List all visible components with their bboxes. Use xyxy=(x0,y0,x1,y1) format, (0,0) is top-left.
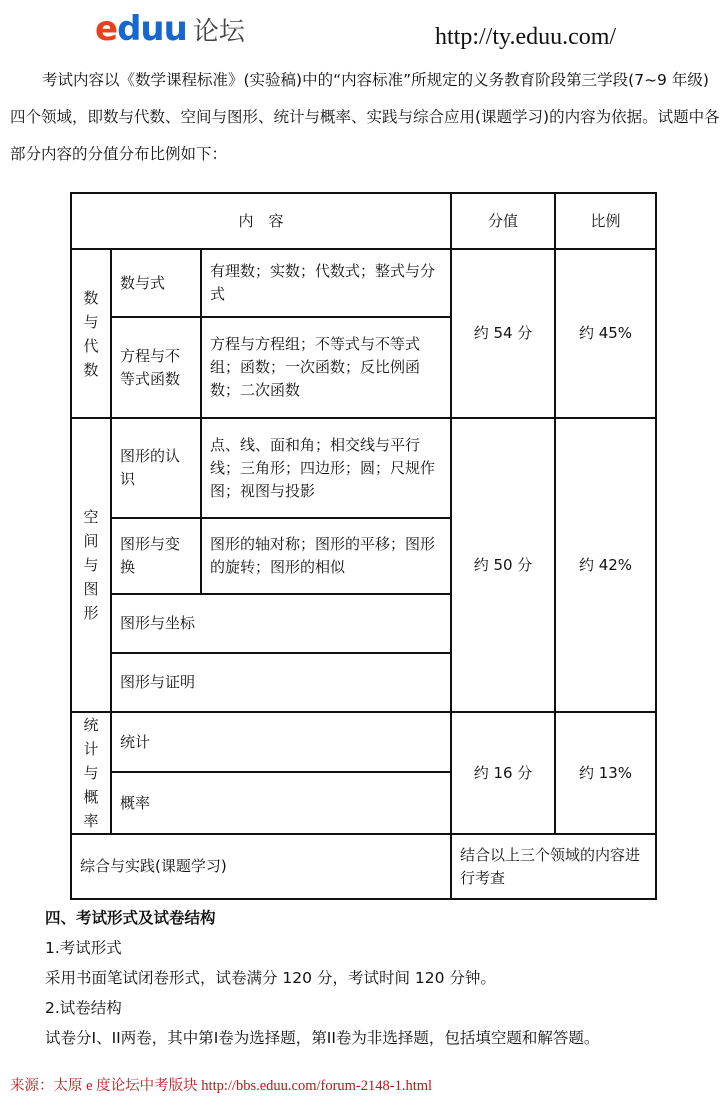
source-footer: 来源：太原 e 度论坛中考版块 http://bbs.eduu.com/foru… xyxy=(10,1074,432,1095)
detail-cell: 方程与方程组；不等式与不等式组；函数；一次函数；反比例函数；二次函数 xyxy=(201,317,451,418)
subsection-text-structure: 试卷分I、II两卷，其中第I卷为选择题，第II卷为非选择题，包括填空题和解答题。 xyxy=(45,1023,599,1053)
topic-cell: 数与式 xyxy=(111,249,201,317)
score-distribution-table: 内 容 分值 比例 数与代数 数与式 有理数；实数；代数式；整式与分式 约 54… xyxy=(70,192,657,900)
topic-cell: 概率 xyxy=(111,772,451,834)
topic-cell: 图形与证明 xyxy=(111,653,451,712)
logo-wordmark: eduu xyxy=(95,12,187,46)
site-url: http://ty.eduu.com/ xyxy=(435,24,616,51)
topic-cell: 图形与坐标 xyxy=(111,594,451,653)
score-statistics: 约 16 分 xyxy=(451,712,555,834)
ratio-geometry: 约 42% xyxy=(555,418,656,712)
detail-cell: 点、线、面和角；相交线与平行线；三角形；四边形；圆；尺规作图；视图与投影 xyxy=(201,418,451,518)
practice-note: 结合以上三个领域的内容进行考查 xyxy=(451,834,656,899)
table-row: 空间与图形 图形的认识 点、线、面和角；相交线与平行线；三角形；四边形；圆；尺规… xyxy=(71,418,656,518)
topic-cell: 图形的认识 xyxy=(111,418,201,518)
header-ratio: 比例 xyxy=(555,193,656,249)
logo-duu: duu xyxy=(117,9,187,49)
logo-forum-text: 论坛 xyxy=(193,11,245,48)
score-geometry: 约 50 分 xyxy=(451,418,555,712)
topic-cell: 图形与变换 xyxy=(111,518,201,594)
topic-cell: 统计 xyxy=(111,712,451,772)
intro-paragraph: 考试内容以《数学课程标准》(实验稿)中的“内容标准”所规定的义务教育阶段第三学段… xyxy=(10,62,720,173)
logo-e: e xyxy=(95,9,117,49)
header-score: 分值 xyxy=(451,193,555,249)
subsection-title-format: 1.考试形式 xyxy=(45,933,599,963)
exam-format-section: 四、考试形式及试卷结构 1.考试形式 采用书面笔试闭卷形式，试卷满分 120 分… xyxy=(45,903,599,1053)
intro-section: 考试内容以《数学课程标准》(实验稿)中的“内容标准”所规定的义务教育阶段第三学段… xyxy=(10,62,720,173)
subsection-title-structure: 2.试卷结构 xyxy=(45,993,599,1023)
header-content: 内 容 xyxy=(71,193,451,249)
ratio-statistics: 约 13% xyxy=(555,712,656,834)
domain-geometry: 空间与图形 xyxy=(71,418,111,712)
table-row: 综合与实践(课题学习) 结合以上三个领域的内容进行考查 xyxy=(71,834,656,899)
domain-statistics: 统计与概率 xyxy=(71,712,111,834)
score-algebra: 约 54 分 xyxy=(451,249,555,418)
ratio-algebra: 约 45% xyxy=(555,249,656,418)
section-heading: 四、考试形式及试卷结构 xyxy=(45,903,599,933)
table-row: 统计与概率 统计 约 16 分 约 13% xyxy=(71,712,656,772)
eduu-logo: eduu 论坛 xyxy=(95,12,245,46)
topic-cell: 方程与不等式函数 xyxy=(111,317,201,418)
subsection-text-format: 采用书面笔试闭卷形式，试卷满分 120 分，考试时间 120 分钟。 xyxy=(45,963,599,993)
detail-cell: 有理数；实数；代数式；整式与分式 xyxy=(201,249,451,317)
table-header-row: 内 容 分值 比例 xyxy=(71,193,656,249)
domain-algebra: 数与代数 xyxy=(71,249,111,418)
detail-cell: 图形的轴对称；图形的平移；图形的旋转；图形的相似 xyxy=(201,518,451,594)
practice-cell: 综合与实践(课题学习) xyxy=(71,834,451,899)
table-row: 数与代数 数与式 有理数；实数；代数式；整式与分式 约 54 分 约 45% xyxy=(71,249,656,317)
